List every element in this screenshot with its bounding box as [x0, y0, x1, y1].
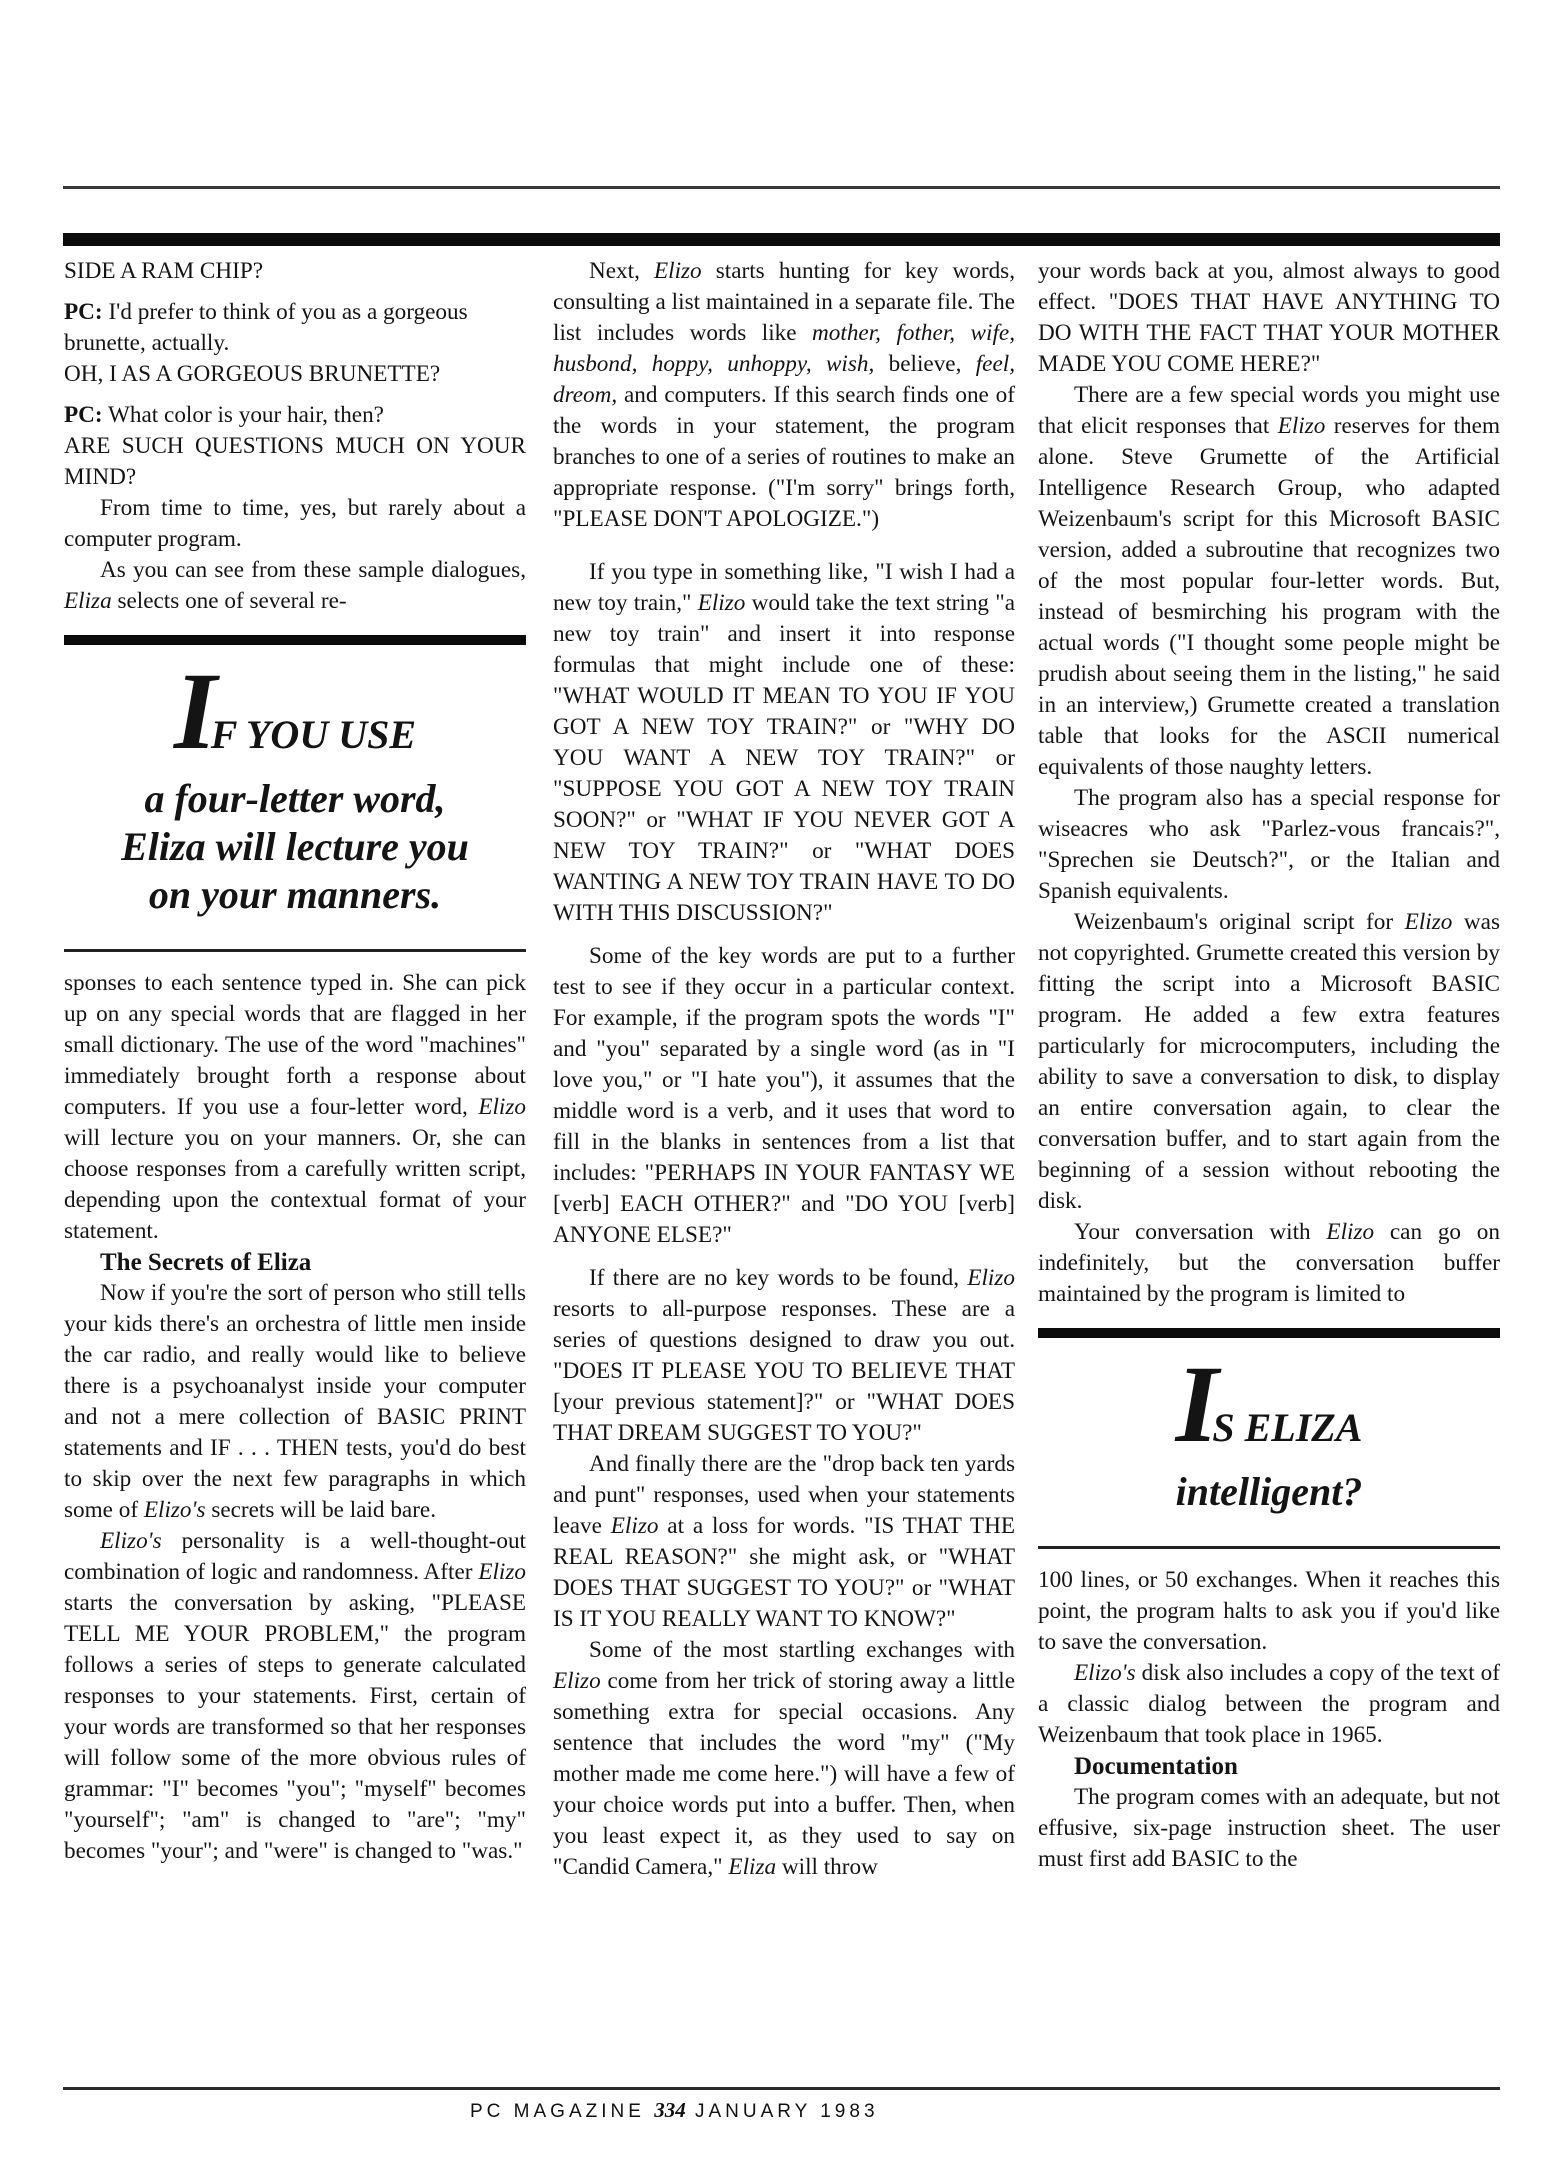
dialog-line: PC: I'd prefer to think of you as a gorg… [64, 297, 526, 359]
emphasis: Elizo [1405, 909, 1453, 935]
text: reserves for them alone. Steve Grumette … [1038, 413, 1500, 780]
page-number: 334 [654, 2098, 686, 2122]
emphasis: Elizo's [144, 1497, 206, 1523]
middle-column: Next, Elizo starts hunting for key words… [553, 256, 1015, 1883]
text: resorts to all-purpose responses. These … [553, 1296, 1015, 1446]
pull-quote-line: Eliza will lecture you [64, 823, 526, 871]
dialog-line: ARE SUCH QUESTIONS MUCH ON YOUR MIND? [64, 431, 526, 493]
text: If there are no key words to be found, [589, 1265, 967, 1291]
paragraph: From time to time, yes, but rarely about… [64, 493, 526, 555]
speaker-label: PC: [64, 402, 103, 428]
emphasis: Elizo [967, 1265, 1015, 1291]
emphasis: Eliza [728, 1854, 776, 1880]
emphasis: Elizo [698, 590, 746, 616]
paragraph: Elizo's disk also includes a copy of the… [1038, 1658, 1500, 1751]
footer-rule [63, 2087, 1500, 2090]
pull-quote-line: a four-letter word, [64, 775, 526, 823]
dialog-text: I'd prefer to think of you as a gorgeous… [64, 299, 468, 356]
text: Some of the most startling exchanges wit… [589, 1637, 1015, 1663]
paragraph: And finally there are the "drop back ten… [553, 1449, 1015, 1635]
text: selects one of several re- [112, 588, 347, 614]
text: come from her trick of storing away a li… [553, 1668, 1015, 1880]
dialog-line: OH, I AS A GORGEOUS BRUNETTE? [64, 359, 526, 390]
paragraph: Elizo's personality is a well-thought-ou… [64, 1526, 526, 1867]
emphasis: Elizo [1326, 1219, 1374, 1245]
text: Your conversation with [1074, 1219, 1326, 1245]
pull-quote-top-rule [1038, 1328, 1500, 1338]
emphasis: Elizo [478, 1559, 526, 1585]
emphasis: Elizo [611, 1513, 659, 1539]
text: Next, [589, 258, 654, 284]
emphasis: Elizo [553, 1668, 601, 1694]
emphasis: Elizo [654, 258, 702, 284]
section-heading: The Secrets of Eliza [64, 1247, 526, 1278]
text: will throw [776, 1854, 878, 1880]
emphasis: Elizo [1278, 413, 1326, 439]
emphasis: Eliza [64, 588, 112, 614]
pull-quote-top-rule [64, 635, 526, 645]
text: secrets will be laid bare. [206, 1497, 437, 1523]
pull-quote-first-line: IS ELIZA [1038, 1364, 1500, 1468]
emphasis: Elizo's [100, 1528, 162, 1554]
paragraph: Your conversation with Elizo can go on i… [1038, 1217, 1500, 1310]
speaker-label: PC: [64, 299, 103, 325]
top-thin-rule [63, 186, 1500, 189]
pull-quote: IF YOU USE a four-letter word, Eliza wil… [64, 635, 526, 952]
pull-quote-text: F YOU USE [211, 712, 416, 757]
pull-quote-bottom-rule [1038, 1546, 1500, 1549]
paragraph: If there are no key words to be found, E… [553, 1263, 1015, 1449]
paragraph: Some of the most startling exchanges wit… [553, 1635, 1015, 1883]
pull-quote: IS ELIZA intelligent? [1038, 1328, 1500, 1549]
paragraph: Some of the key words are put to a furth… [553, 941, 1015, 1251]
magazine-name: PC MAGAZINE [470, 2101, 645, 2122]
section-heading: Documentation [1038, 1751, 1500, 1782]
top-thick-rule [63, 233, 1500, 246]
emphasis: Elizo's [1074, 1660, 1136, 1686]
right-column: your words back at you, almost always to… [1038, 256, 1500, 1875]
paragraph: The program comes with an adequate, but … [1038, 1782, 1500, 1875]
pull-quote-text: S ELIZA [1212, 1405, 1362, 1450]
text: would take the text string "a new toy tr… [553, 590, 1015, 926]
paragraph: 100 lines, or 50 exchanges. When it reac… [1038, 1565, 1500, 1658]
paragraph: As you can see from these sample dialogu… [64, 555, 526, 617]
pull-quote-first-line: IF YOU USE [64, 671, 526, 775]
dialog-line: SIDE A RAM CHIP? [64, 256, 526, 287]
dialog-text: What color is your hair, then? [108, 402, 384, 428]
text: sponses to each sentence typed in. She c… [64, 970, 526, 1120]
paragraph: your words back at you, almost always to… [1038, 256, 1500, 380]
paragraph: The program also has a special response … [1038, 783, 1500, 907]
page-footer: PC MAGAZINE 334 JANUARY 1983 [470, 2098, 879, 2123]
dialog-text: ARE SUCH QUESTIONS MUCH ON YOUR MIND? [64, 433, 526, 490]
dialog-text: SIDE A RAM CHIP? [64, 258, 263, 284]
emphasis: Elizo [478, 1094, 526, 1120]
paragraph: If you type in something like, "I wish I… [553, 557, 1015, 929]
paragraph: Weizenbaum's original script for Elizo w… [1038, 907, 1500, 1217]
text: Now if you're the sort of person who sti… [64, 1280, 526, 1523]
paragraph: sponses to each sentence typed in. She c… [64, 968, 526, 1247]
text: Weizenbaum's original script for [1074, 909, 1405, 935]
pull-quote-bottom-rule [64, 949, 526, 952]
issue-date: JANUARY 1983 [695, 2101, 879, 2122]
text: and computers. If this search finds one … [553, 382, 1015, 532]
paragraph: Next, Elizo starts hunting for key words… [553, 256, 1015, 535]
paragraph: Now if you're the sort of person who sti… [64, 1278, 526, 1526]
text: was not copyrighted. Grumette created th… [1038, 909, 1500, 1214]
text: starts the conversation by asking, "PLEA… [64, 1590, 526, 1864]
pull-quote-line: intelligent? [1038, 1468, 1500, 1516]
text: As you can see from these sample dialogu… [100, 557, 526, 583]
dialog-text: OH, I AS A GORGEOUS BRUNETTE? [64, 361, 440, 387]
text: will lecture you on your manners. Or, sh… [64, 1125, 526, 1244]
left-column: SIDE A RAM CHIP? PC: I'd prefer to think… [64, 256, 526, 1867]
paragraph: There are a few special words you might … [1038, 380, 1500, 783]
pull-quote-line: on your manners. [64, 871, 526, 919]
text: believe, [874, 351, 975, 377]
dialog-line: PC: What color is your hair, then? [64, 400, 526, 431]
